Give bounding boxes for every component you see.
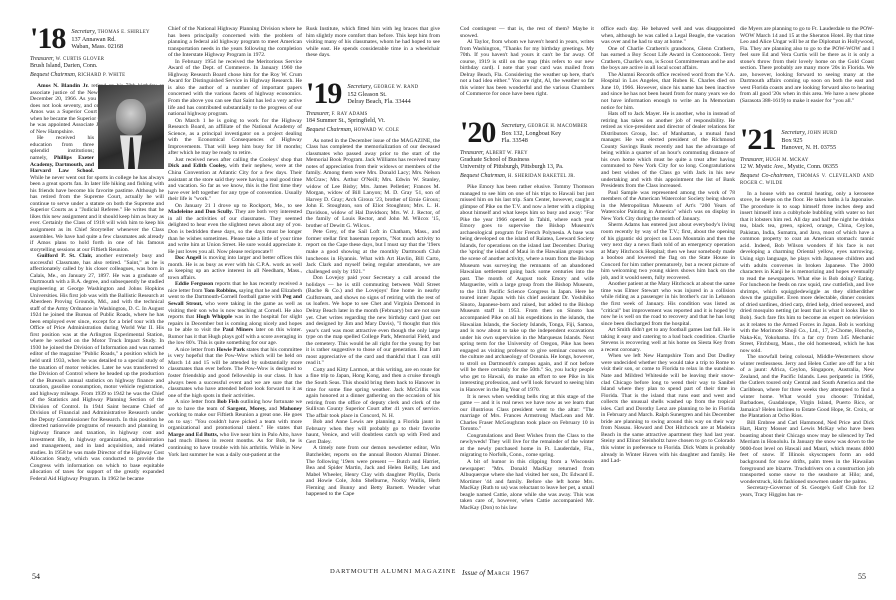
page-number-right: 55 — [858, 572, 866, 581]
treasurer-block: Treasurer, F. RAY ADAMS 184 Summer St., … — [306, 111, 440, 125]
bequest-block: Bequest Chairman, H. SHERIDAN BAKETEL JR… — [460, 173, 594, 180]
column-1: '18 Secretary, THOMAS E. SHIRLEY 137 Ann… — [30, 26, 164, 482]
class-1920-header: '20 Secretary, GEORGE H. MACOMBER Box 13… — [460, 120, 594, 146]
magazine-footer: DARTMOUTH ALUMNI MAGAZINE — [330, 568, 456, 575]
secretary-name: THOMAS E. SHIRLEY — [98, 30, 150, 35]
column-3: Rusk Institute, which fitted him with le… — [306, 26, 440, 498]
issue-footer: Issue of March 1967 — [462, 568, 529, 577]
secretary-name: JOHN HURD — [808, 131, 838, 136]
treasurer-block: Treasurer, ALBERT W. FREY Graduate Schoo… — [460, 150, 594, 171]
class-year: '20 — [460, 120, 495, 146]
column-5: office each day. He behaved well and was… — [601, 26, 735, 465]
secretary-name: GEORGE H. MACOMBER — [528, 124, 588, 129]
portrait-photo — [98, 85, 164, 169]
class-1918-header: '18 Secretary, THOMAS E. SHIRLEY 137 Ann… — [30, 26, 164, 52]
column-6: die Myers are planning to go to Ft. Laud… — [740, 26, 874, 498]
bequest-block: Bequest Chairman, RICHARD P. WHITE — [30, 72, 164, 79]
column-2: Chief of the National Highway Planning D… — [168, 26, 302, 458]
class-1919-header: '19 Secretary, GEORGE W. RAND 152 Gleaso… — [306, 81, 440, 107]
class-year: '21 — [740, 127, 775, 153]
treasurer-block: Treasurer, W. CURTIS GLOVER Brush Island… — [30, 56, 164, 70]
class-year: '19 — [306, 81, 341, 107]
treasurer-block: Treasurer, HUGH M. MCKAY 12 W. Mystic Av… — [740, 157, 874, 171]
bequest-block: Bequest Co-chairmen, THOMAS V. CLEVELAND… — [740, 173, 874, 187]
secretary-name: GEORGE W. RAND — [374, 85, 419, 90]
class-year: '18 — [30, 26, 65, 52]
paragraph: Guilford P. St. Clair, another extremely… — [30, 253, 164, 482]
class-1921-header: '21 Secretary, JOHN HURD Box 925 Hanover… — [740, 127, 874, 153]
page-number-left: 54 — [32, 572, 40, 581]
bequest-block: Bequest Chairman, HOWARD W. COLE — [306, 127, 440, 134]
column-4: Cod contingent — that is, the rest of th… — [460, 26, 594, 511]
